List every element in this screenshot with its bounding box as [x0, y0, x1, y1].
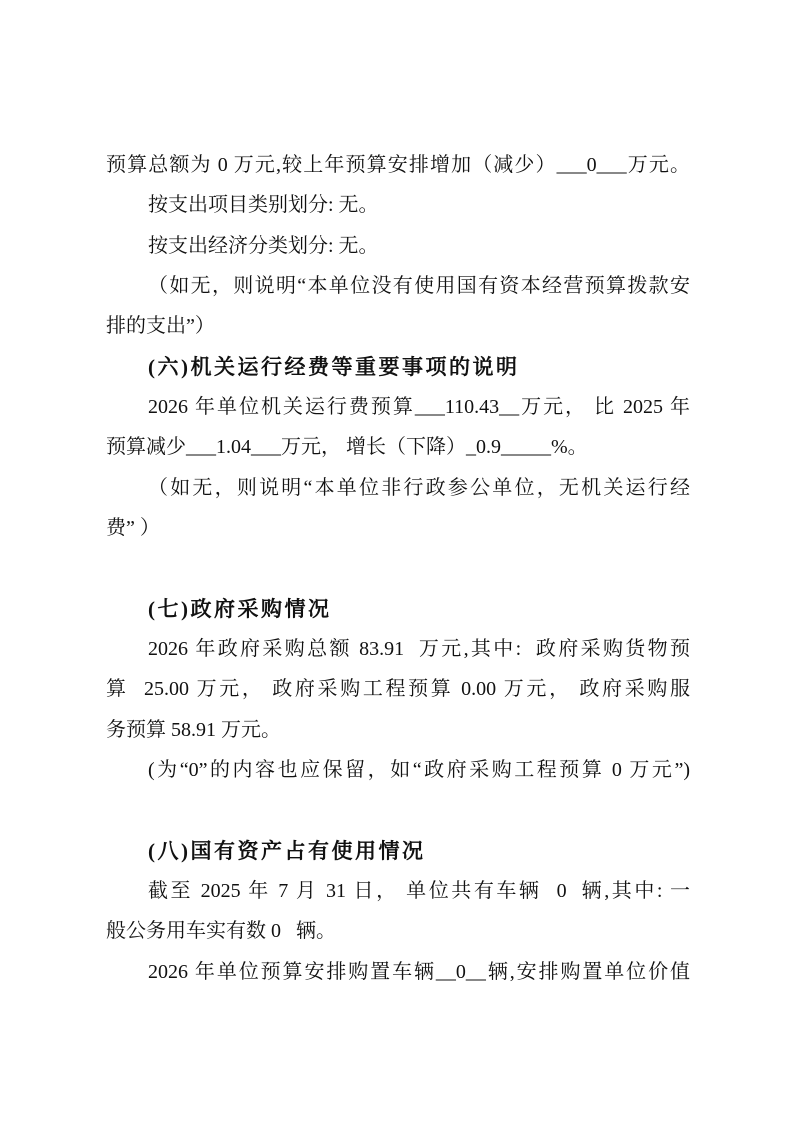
text-line: （如无，则说明“本单位没有使用国有资本经营预算拨款安	[106, 266, 690, 306]
blank-line	[106, 548, 690, 588]
text-line: 预算减少___1.04___万元， 增长（下降）_0.9_____%。	[106, 427, 690, 467]
section-heading: (七)政府采购情况	[106, 589, 690, 629]
text-line: 预算总额为 0 万元,较上年预算安排增加（减少）___0___万元。	[106, 145, 690, 185]
blank-line	[106, 790, 690, 830]
text-line: 2026 年单位机关运行费预算___110.43__万元， 比 2025 年	[106, 387, 690, 427]
text-line: 2026 年单位预算安排购置车辆__0__辆,安排购置单位价值	[106, 952, 690, 992]
text-line: 2026 年政府采购总额 83.91 万元,其中: 政府采购货物预	[106, 629, 690, 669]
text-line: 排的支出”）	[106, 306, 690, 346]
text-line: 算 25.00 万元， 政府采购工程预算 0.00 万元， 政府采购服	[106, 669, 690, 709]
text-line: （如无，则说明“本单位非行政参公单位，无机关运行经	[106, 468, 690, 508]
text-line: 般公务用车实有数 0 辆。	[106, 911, 690, 951]
text-line: 按支出项目类别划分: 无。	[106, 185, 690, 225]
document-page: 预算总额为 0 万元,较上年预算安排增加（减少）___0___万元。按支出项目类…	[0, 0, 793, 1122]
text-line: 务预算 58.91 万元。	[106, 710, 690, 750]
text-line: 费” ）	[106, 508, 690, 548]
section-heading: (六)机关运行经费等重要事项的说明	[106, 347, 690, 387]
text-line: (为“0”的内容也应保留，如“政府采购工程预算 0 万元”)	[106, 750, 690, 790]
section-heading: (八)国有资产占有使用情况	[106, 831, 690, 871]
text-line: 按支出经济分类划分: 无。	[106, 226, 690, 266]
text-block: 预算总额为 0 万元,较上年预算安排增加（减少）___0___万元。按支出项目类…	[106, 145, 690, 992]
text-line: 截至 2025 年 7 月 31 日， 单位共有车辆 0 辆,其中: 一	[106, 871, 690, 911]
